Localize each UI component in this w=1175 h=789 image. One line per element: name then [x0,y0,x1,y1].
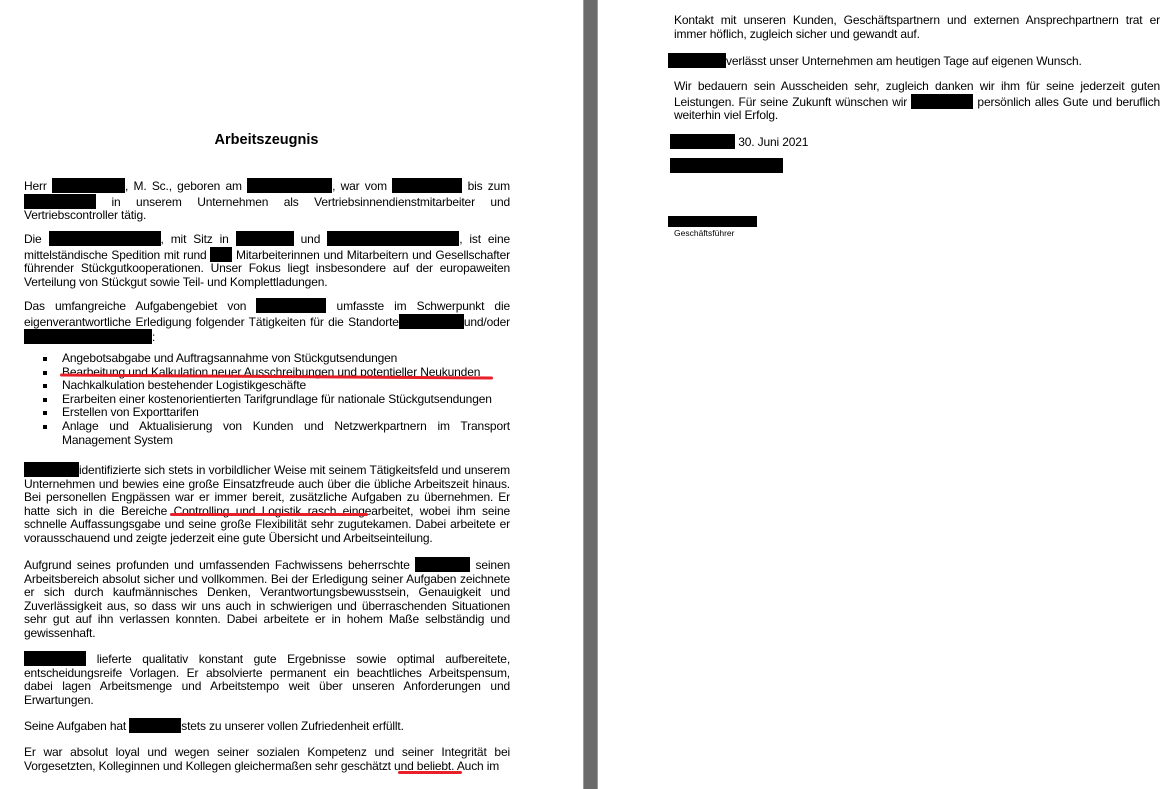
text: und [301,232,321,246]
redaction-block [415,557,470,572]
text: verlässt unser Unternehmen am heutigen T… [726,54,1082,68]
text: und/oder [464,315,510,329]
task-item: Erarbeiten einer kostenorientierten Tari… [62,393,510,407]
redaction-block [49,231,161,246]
text: : [152,330,155,344]
redaction-block [24,462,79,477]
redaction-block [52,178,125,193]
text: lieferte qualitativ konstant gute Ergebn… [24,652,510,707]
signature-role: Geschäftsführer [674,228,734,238]
text: stets zu unserer vollen Zufriedenheit er… [181,719,404,733]
red-underline-annotation [398,771,462,774]
redaction-block [24,329,152,344]
redaction-block [668,53,726,68]
paragraph-intro: Herr , M. Sc., geboren am , war vom bis … [24,178,510,223]
redaction-block [392,178,462,193]
document-title: Arbeitszeugnis [0,132,533,148]
red-underline-annotation [170,513,368,516]
date-line: 30. Juni 2021 [670,134,1156,150]
text: Herr [24,179,47,193]
date-text: 30. Juni 2021 [738,135,808,149]
text: , war vom [332,179,387,193]
text: Aufgrund seines profunden und umfassende… [24,558,410,572]
redaction-block [327,231,459,246]
redaction-block [210,247,232,262]
redaction-block [670,134,735,149]
paragraph-leaving: verlässt unser Unternehmen am heutigen T… [668,53,1154,69]
task-item: Anlage und Aktualisierung von Kunden und… [62,420,510,447]
paragraph-contact: Kontakt mit unseren Kunden, Geschäftspar… [674,14,1160,41]
text: , M. Sc., geboren am [125,179,242,193]
redaction-block [24,194,96,209]
paragraph-tasks-intro: Das umfangreiche Aufgabengebiet von umfa… [24,298,510,345]
paragraph-results: lieferte qualitativ konstant gute Ergebn… [24,651,510,707]
signature-redaction [668,216,757,227]
redaction-block [670,158,783,173]
text: Die [24,232,42,246]
text: identifizierte sich stets in vorbildlich… [24,463,510,545]
document-page-1: Arbeitszeugnis Herr , M. Sc., geboren am… [0,0,583,789]
task-item: Angebotsabgabe und Auftragsannahme von S… [62,352,510,366]
redaction-block [399,314,464,329]
text: , mit Sitz in [161,232,229,246]
task-item: Nachkalkulation bestehender Logistikgesc… [62,379,510,393]
redaction-block [236,231,294,246]
paragraph-expertise: Aufgrund seines profunden und umfassende… [24,557,510,641]
page-separator [583,0,598,789]
paragraph-satisfaction: Seine Aufgaben hat stets zu unserer voll… [24,718,510,734]
redaction-block [24,651,86,666]
paragraph-company: Die , mit Sitz in und , ist eine mittels… [24,231,510,289]
redaction-block [247,178,332,193]
task-item: Erstellen von Exporttarifen [62,406,510,420]
redaction-block [129,718,181,733]
paragraph-engagement: identifizierte sich stets in vorbildlich… [24,462,510,546]
paragraph-behavior: Er war absolut loyal und wegen seiner so… [24,746,510,773]
text: Das umfangreiche Aufgabengebiet von [24,299,246,313]
text: Seine Aufgaben hat [24,719,126,733]
text: bis zum [468,179,510,193]
redaction-block [256,298,326,313]
paragraph-farewell: Wir bedauern sein Ausscheiden sehr, zugl… [674,80,1160,123]
text: Er war absolut loyal und wegen seiner so… [24,745,510,773]
redaction-block [911,94,973,109]
task-list: Angebotsabgabe und Auftragsannahme von S… [62,352,510,447]
text: in unserem Unternehmen als Vertriebsinne… [24,195,510,223]
